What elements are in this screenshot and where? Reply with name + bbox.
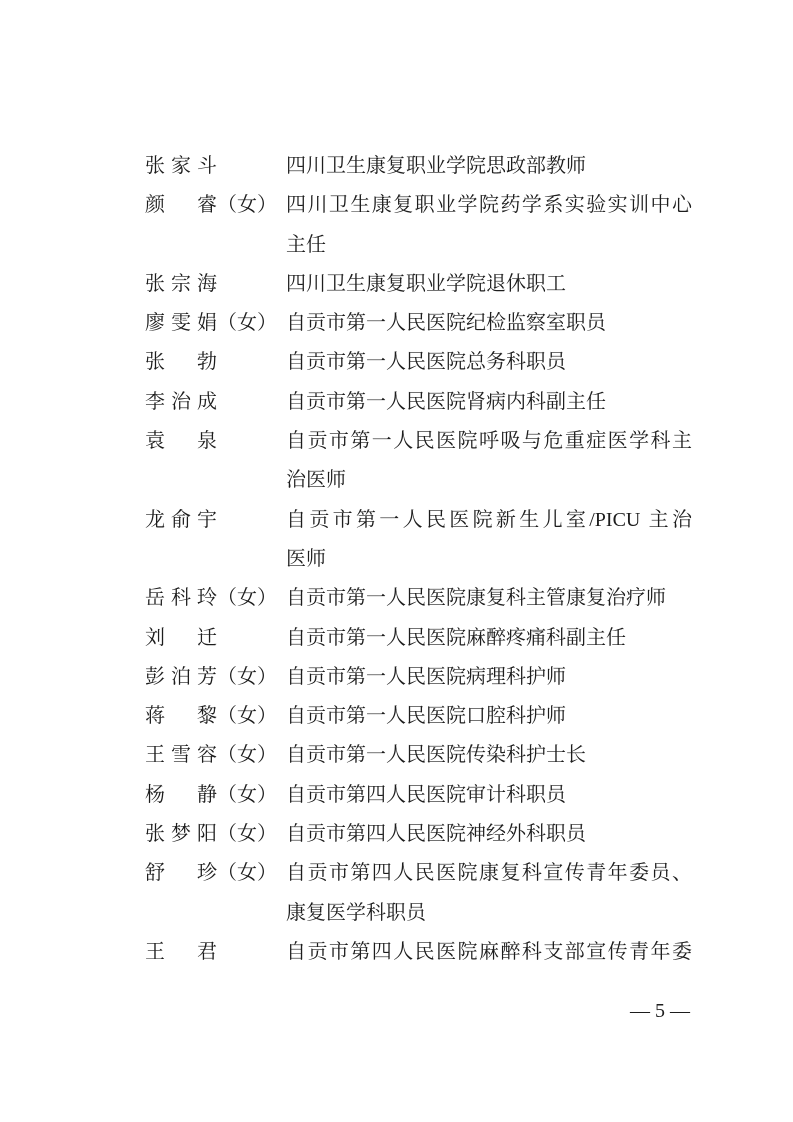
person-name: 王君 bbox=[145, 933, 286, 972]
person-name: 张家斗 bbox=[145, 147, 286, 186]
roster-entry: 袁泉 自贡市第一人民医院呼吸与危重症医学科主治医师 bbox=[145, 422, 692, 501]
person-name: 彭泊芳（女） bbox=[145, 658, 286, 697]
page-number: — 5 — bbox=[630, 1000, 694, 1022]
roster-entry: 张梦阳（女） 自贡市第四人民医院神经外科职员 bbox=[145, 815, 692, 854]
document-page: 张家斗 四川卫生康复职业学院思政部教师 颜睿（女） 四川卫生康复职业学院药学系实… bbox=[0, 0, 793, 1122]
person-title: 自贡市第一人民医院新生儿室/PICU 主治医师 bbox=[286, 501, 692, 580]
name-text: 廖雯娟 bbox=[145, 304, 217, 343]
person-name: 王雪容（女） bbox=[145, 736, 286, 775]
name-text: 杨静 bbox=[145, 776, 217, 815]
person-name: 刘迁 bbox=[145, 619, 286, 658]
person-name: 岳科玲（女） bbox=[145, 579, 286, 618]
person-name: 张宗海 bbox=[145, 265, 286, 304]
roster-entry: 龙俞宇 自贡市第一人民医院新生儿室/PICU 主治医师 bbox=[145, 501, 692, 580]
roster-entry: 岳科玲（女） 自贡市第一人民医院康复科主管康复治疗师 bbox=[145, 579, 692, 618]
name-text: 蒋黎 bbox=[145, 697, 217, 736]
person-name: 舒珍（女） bbox=[145, 854, 286, 893]
person-title: 自贡市第一人民医院口腔科护师 bbox=[286, 697, 692, 736]
title-line: 自贡市第一人民医院总务科职员 bbox=[286, 343, 692, 382]
person-name: 廖雯娟（女） bbox=[145, 304, 286, 343]
person-title: 自贡市第一人民医院麻醉疼痛科副主任 bbox=[286, 619, 692, 658]
gender-marker: （女） bbox=[217, 194, 277, 216]
name-text: 王君 bbox=[145, 933, 217, 972]
title-line: 自贡市第一人民医院传染科护士长 bbox=[286, 736, 692, 775]
roster-entry: 张宗海 四川卫生康复职业学院退休职工 bbox=[145, 265, 692, 304]
title-line: 康复医学科职员 bbox=[286, 894, 692, 933]
person-title: 自贡市第一人民医院病理科护师 bbox=[286, 658, 692, 697]
title-line: 主任 bbox=[286, 226, 692, 265]
person-name: 龙俞宇 bbox=[145, 501, 286, 540]
name-text: 彭泊芳 bbox=[145, 658, 217, 697]
person-title: 四川卫生康复职业学院思政部教师 bbox=[286, 147, 692, 186]
roster-entry: 廖雯娟（女） 自贡市第一人民医院纪检监察室职员 bbox=[145, 304, 692, 343]
title-line: 医师 bbox=[286, 540, 692, 579]
person-name: 袁泉 bbox=[145, 422, 286, 461]
roster-entry: 蒋黎（女） 自贡市第一人民医院口腔科护师 bbox=[145, 697, 692, 736]
title-line: 自贡市第一人民医院呼吸与危重症医学科主 bbox=[286, 422, 692, 461]
person-title: 自贡市第四人民医院康复科宣传青年委员、康复医学科职员 bbox=[286, 854, 692, 933]
name-text: 张家斗 bbox=[145, 147, 217, 186]
gender-marker: （女） bbox=[217, 666, 277, 688]
person-title: 自贡市第四人民医院神经外科职员 bbox=[286, 815, 692, 854]
gender-marker: （女） bbox=[217, 312, 277, 334]
roster-entry: 杨静（女） 自贡市第四人民医院审计科职员 bbox=[145, 776, 692, 815]
gender-marker: （女） bbox=[217, 862, 277, 884]
gender-marker: （女） bbox=[217, 744, 277, 766]
gender-marker: （女） bbox=[217, 587, 277, 609]
name-text: 王雪容 bbox=[145, 736, 217, 775]
person-name: 张梦阳（女） bbox=[145, 815, 286, 854]
title-line: 自贡市第一人民医院纪检监察室职员 bbox=[286, 304, 692, 343]
gender-marker: （女） bbox=[217, 784, 277, 806]
person-name: 蒋黎（女） bbox=[145, 697, 286, 736]
roster-entry: 颜睿（女） 四川卫生康复职业学院药学系实验实训中心主任 bbox=[145, 186, 692, 265]
title-line: 自贡市第一人民医院新生儿室/PICU 主治 bbox=[286, 501, 692, 540]
title-line: 自贡市第一人民医院病理科护师 bbox=[286, 658, 692, 697]
person-title: 自贡市第一人民医院康复科主管康复治疗师 bbox=[286, 579, 692, 618]
title-line: 自贡市第四人民医院神经外科职员 bbox=[286, 815, 692, 854]
gender-marker: （女） bbox=[217, 705, 277, 727]
name-text: 张勃 bbox=[145, 343, 217, 382]
title-line: 自贡市第一人民医院口腔科护师 bbox=[286, 697, 692, 736]
person-name: 颜睿（女） bbox=[145, 186, 286, 225]
name-text: 舒珍 bbox=[145, 854, 217, 893]
title-line: 自贡市第一人民医院康复科主管康复治疗师 bbox=[286, 579, 692, 618]
person-title: 自贡市第四人民医院审计科职员 bbox=[286, 776, 692, 815]
roster-entry: 舒珍（女） 自贡市第四人民医院康复科宣传青年委员、康复医学科职员 bbox=[145, 854, 692, 933]
title-line: 自贡市第四人民医院麻醉科支部宣传青年委 bbox=[286, 933, 692, 972]
person-name: 杨静（女） bbox=[145, 776, 286, 815]
title-line: 自贡市第一人民医院肾病内科副主任 bbox=[286, 383, 692, 422]
name-text: 袁泉 bbox=[145, 422, 217, 461]
title-line: 四川卫生康复职业学院药学系实验实训中心 bbox=[286, 186, 692, 225]
roster-list: 张家斗 四川卫生康复职业学院思政部教师 颜睿（女） 四川卫生康复职业学院药学系实… bbox=[145, 147, 692, 972]
person-title: 自贡市第一人民医院总务科职员 bbox=[286, 343, 692, 382]
person-title: 四川卫生康复职业学院退休职工 bbox=[286, 265, 692, 304]
name-text: 岳科玲 bbox=[145, 579, 217, 618]
roster-entry: 王君 自贡市第四人民医院麻醉科支部宣传青年委 bbox=[145, 933, 692, 972]
person-title: 自贡市第一人民医院呼吸与危重症医学科主治医师 bbox=[286, 422, 692, 501]
person-name: 张勃 bbox=[145, 343, 286, 382]
name-text: 张梦阳 bbox=[145, 815, 217, 854]
title-line: 四川卫生康复职业学院退休职工 bbox=[286, 265, 692, 304]
name-text: 李治成 bbox=[145, 383, 217, 422]
gender-marker: （女） bbox=[217, 823, 277, 845]
roster-entry: 彭泊芳（女） 自贡市第一人民医院病理科护师 bbox=[145, 658, 692, 697]
name-text: 刘迁 bbox=[145, 619, 217, 658]
roster-entry: 张勃 自贡市第一人民医院总务科职员 bbox=[145, 343, 692, 382]
person-title: 自贡市第一人民医院传染科护士长 bbox=[286, 736, 692, 775]
title-line: 自贡市第四人民医院康复科宣传青年委员、 bbox=[286, 854, 692, 893]
roster-entry: 王雪容（女） 自贡市第一人民医院传染科护士长 bbox=[145, 736, 692, 775]
title-line: 治医师 bbox=[286, 461, 692, 500]
person-title: 自贡市第一人民医院肾病内科副主任 bbox=[286, 383, 692, 422]
title-line: 自贡市第一人民医院麻醉疼痛科副主任 bbox=[286, 619, 692, 658]
roster-entry: 张家斗 四川卫生康复职业学院思政部教师 bbox=[145, 147, 692, 186]
person-title: 四川卫生康复职业学院药学系实验实训中心主任 bbox=[286, 186, 692, 265]
roster-entry: 李治成 自贡市第一人民医院肾病内科副主任 bbox=[145, 383, 692, 422]
title-line: 自贡市第四人民医院审计科职员 bbox=[286, 776, 692, 815]
person-name: 李治成 bbox=[145, 383, 286, 422]
name-text: 颜睿 bbox=[145, 186, 217, 225]
name-text: 龙俞宇 bbox=[145, 501, 217, 540]
person-title: 自贡市第一人民医院纪检监察室职员 bbox=[286, 304, 692, 343]
roster-entry: 刘迁 自贡市第一人民医院麻醉疼痛科副主任 bbox=[145, 619, 692, 658]
title-line: 四川卫生康复职业学院思政部教师 bbox=[286, 147, 692, 186]
person-title: 自贡市第四人民医院麻醉科支部宣传青年委 bbox=[286, 933, 692, 972]
name-text: 张宗海 bbox=[145, 265, 217, 304]
